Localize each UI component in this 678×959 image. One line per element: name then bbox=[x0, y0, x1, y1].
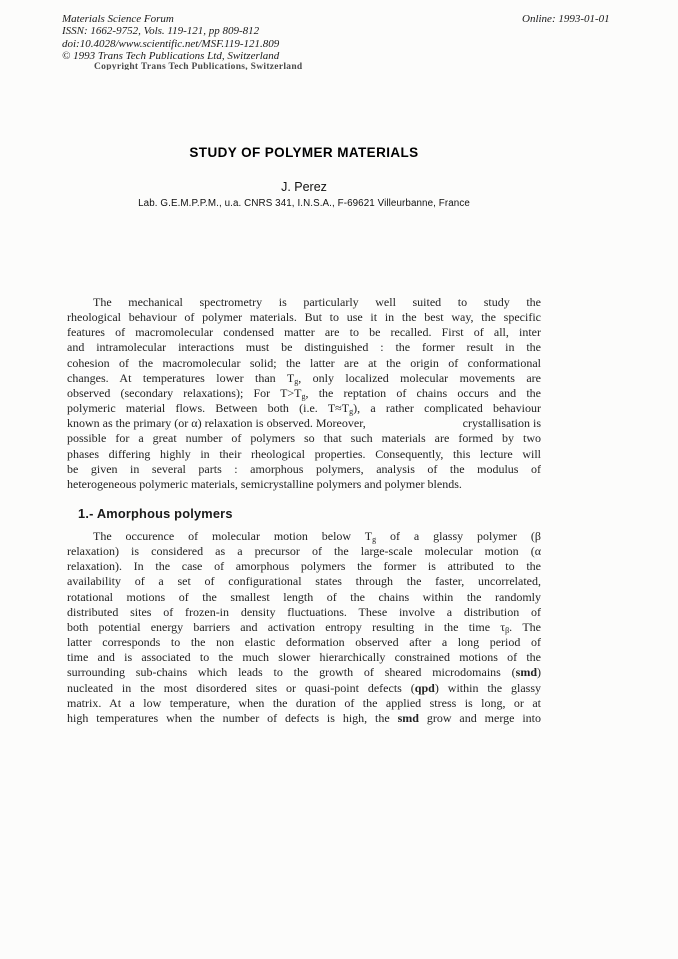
text-line: polymeric material flows. Between both (… bbox=[67, 401, 541, 416]
online-date: Online: 1993-01-01 bbox=[522, 13, 610, 25]
text-line: availability of a set of configurational… bbox=[67, 574, 541, 589]
text-line: latter corresponds to the non elastic de… bbox=[67, 635, 541, 650]
text-line: relaxation). In the case of amorphous po… bbox=[67, 559, 541, 574]
text-line: possible for a great number of polymers … bbox=[67, 431, 541, 446]
text-line: known as the primary (or α) relaxation i… bbox=[67, 416, 541, 431]
text-line: rheological behaviour of polymer materia… bbox=[67, 310, 541, 325]
text-line: relaxation) is considered as a precursor… bbox=[67, 544, 541, 559]
text-line: distributed sites of frozen-in density f… bbox=[67, 605, 541, 620]
title-block: STUDY OF POLYMER MATERIALS J. Perez Lab.… bbox=[67, 145, 541, 209]
text-line: observed (secondary relaxations); For T>… bbox=[67, 386, 541, 401]
paper-affiliation: Lab. G.E.M.P.P.M., u.a. CNRS 341, I.N.S.… bbox=[67, 198, 541, 209]
text-line: rotational motions of the smallest lengt… bbox=[67, 590, 541, 605]
text-line: matrix. At a low temperature, when the d… bbox=[67, 696, 541, 711]
paragraph: The mechanical spectrometry is particula… bbox=[67, 295, 541, 492]
journal-header: Materials Science Forum ISSN: 1662-9752,… bbox=[62, 13, 279, 63]
text-line: heterogeneous polymeric materials, semic… bbox=[67, 477, 541, 492]
journal-copyright-line: © 1993 Trans Tech Publications Ltd, Swit… bbox=[62, 50, 279, 62]
text-line: changes. At temperatures lower than Tg, … bbox=[67, 371, 541, 386]
journal-doi-line: doi:10.4028/www.scientific.net/MSF.119-1… bbox=[62, 38, 279, 50]
text-line: both potential energy barriers and activ… bbox=[67, 620, 541, 635]
scanned-paper-page: Materials Science Forum ISSN: 1662-9752,… bbox=[0, 0, 678, 959]
text-line: The occurence of molecular motion below … bbox=[67, 529, 541, 544]
journal-title: Materials Science Forum bbox=[62, 13, 279, 25]
text-line: phases differing highly in their rheolog… bbox=[67, 447, 541, 462]
journal-issn-line: ISSN: 1662-9752, Vols. 119-121, pp 809-8… bbox=[62, 25, 279, 37]
text-line: time and is associated to the much slowe… bbox=[67, 650, 541, 665]
text-line: nucleated in the most disordered sites o… bbox=[67, 681, 541, 696]
paragraph: The occurence of molecular motion below … bbox=[67, 529, 541, 726]
clipped-copyright-stamp: Copyright Trans Tech Publications, Switz… bbox=[94, 62, 354, 70]
text-line: high temperatures when the number of def… bbox=[67, 711, 541, 726]
text-line: cohesion of the macromolecular solid; th… bbox=[67, 356, 541, 371]
text-line: and intramolecular interactions must be … bbox=[67, 340, 541, 355]
paper-author: J. Perez bbox=[67, 180, 541, 194]
text-line: be given in several parts : amorphous po… bbox=[67, 462, 541, 477]
section-heading: 1.- Amorphous polymers bbox=[78, 506, 233, 521]
paper-title: STUDY OF POLYMER MATERIALS bbox=[67, 145, 541, 160]
text-line: The mechanical spectrometry is particula… bbox=[67, 295, 541, 310]
copyright-stamp-text: Copyright Trans Tech Publications, Switz… bbox=[94, 62, 354, 70]
text-line: surrounding sub-chains which leads to th… bbox=[67, 665, 541, 680]
text-line: features of macromolecular condensed mat… bbox=[67, 325, 541, 340]
